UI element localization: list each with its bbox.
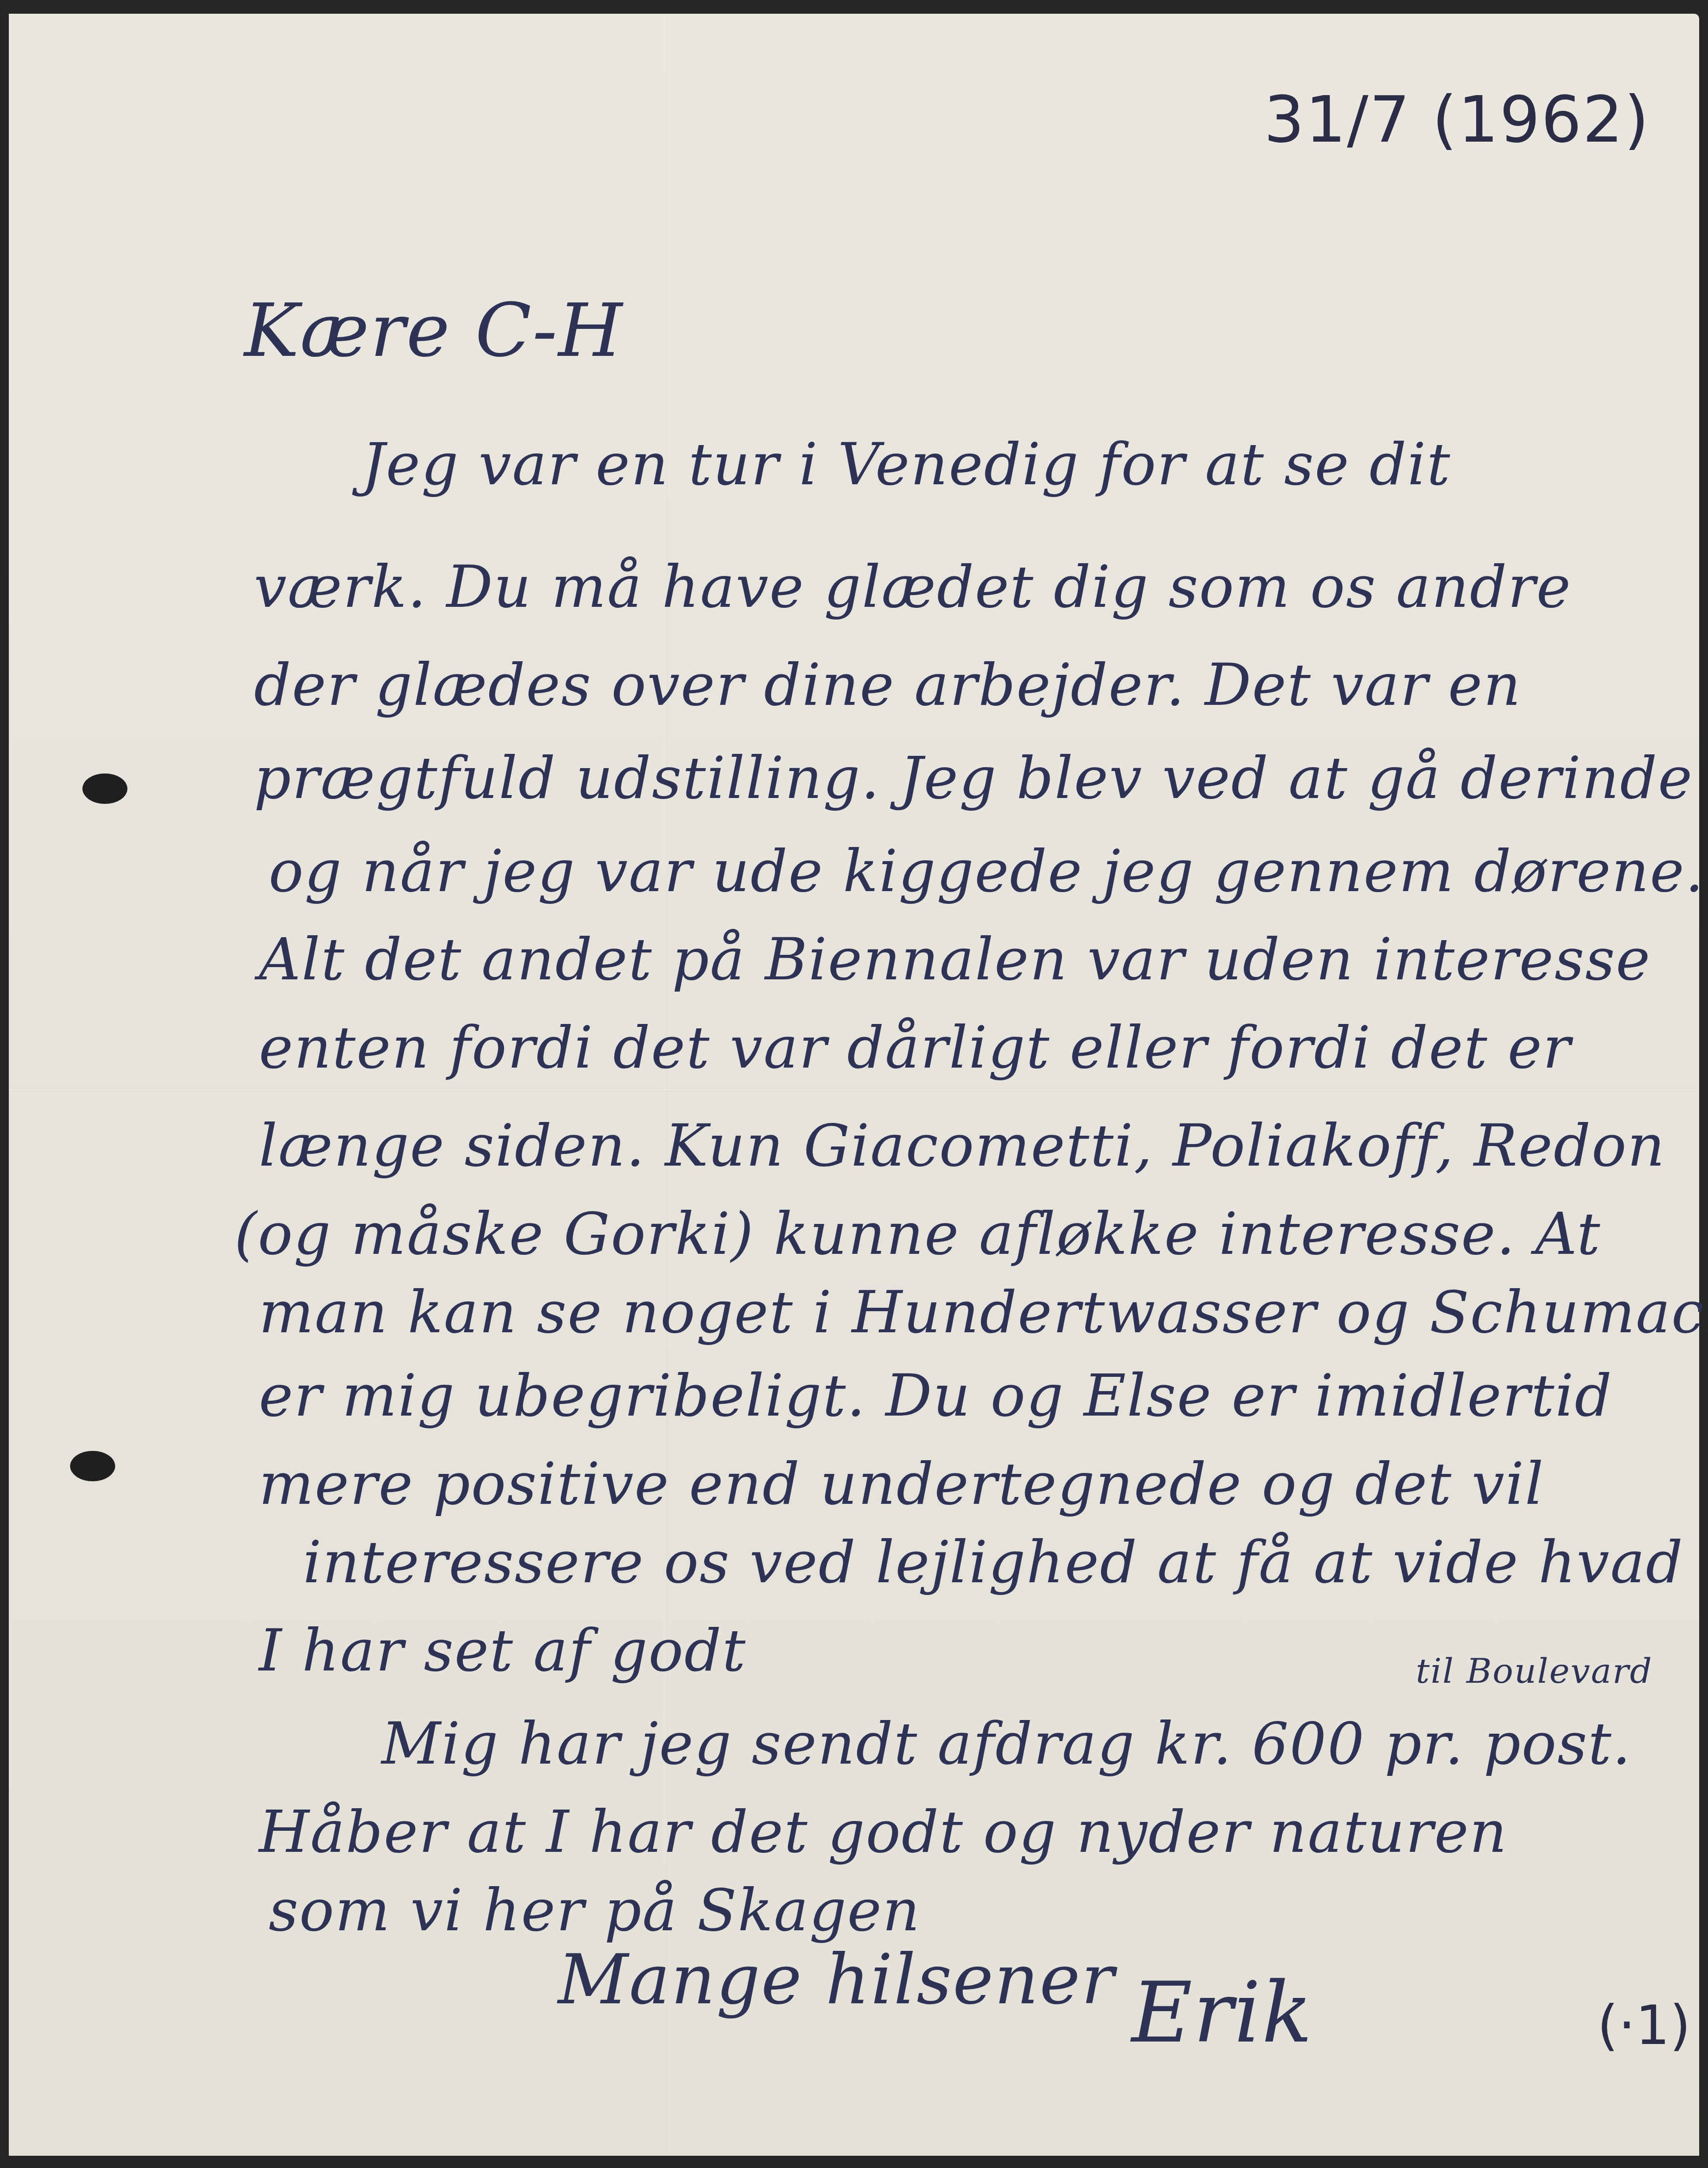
letter-line: interessere os ved lejlighed at få at vi… — [303, 1528, 1684, 1596]
letter-line: prægtfuld udstilling. Jeg blev ved at gå… — [254, 744, 1693, 812]
letter-line: Alt det andet på Biennalen var uden inte… — [259, 925, 1651, 993]
letter-line: Håber at I har det godt og nyder naturen — [259, 1798, 1508, 1866]
letter-date: 31/7 (1962) — [1264, 82, 1650, 157]
punch-hole-icon — [82, 773, 127, 804]
letter-line: I har set af godt — [259, 1617, 747, 1684]
punch-hole-icon — [70, 1451, 115, 1481]
letter-closing: Mange hilsener — [558, 1940, 1115, 2020]
letter-line: Mig har jeg sendt afdrag kr. 600 pr. pos… — [381, 1710, 1632, 1777]
letter-line: man kan se noget i Hundertwasser og Schu… — [259, 1278, 1708, 1346]
letter-line: der glædes over dine arbejder. Det var e… — [254, 651, 1522, 719]
scan-background: 31/7 (1962) Kære C-H Jeg var en tur i Ve… — [0, 0, 1708, 2168]
letter-line: enten fordi det var dårligt eller fordi … — [259, 1014, 1571, 1081]
letter-line: længe siden. Kun Giacometti, Poliakoff, … — [259, 1112, 1666, 1179]
letter-line: Jeg var en tur i Venedig for at se dit — [362, 430, 1451, 498]
letter-line: værk. Du må have glædet dig som os andre — [254, 553, 1572, 621]
letter-line: mere positive end undertegnede og det vi… — [259, 1450, 1544, 1518]
page-number-marker: (·1) — [1597, 1994, 1691, 2057]
letter-line: er mig ubegribeligt. Du og Else er imidl… — [259, 1362, 1613, 1429]
margin-note: til Boulevard — [1416, 1651, 1653, 1691]
letter-salutation: Kære C-H — [244, 288, 623, 374]
letter-line: (og måske Gorki) kunne afløkke interesse… — [234, 1200, 1601, 1268]
letter-paper: 31/7 (1962) Kære C-H Jeg var en tur i Ve… — [9, 14, 1699, 2156]
letter-line: og når jeg var ude kiggede jeg gennem dø… — [269, 837, 1705, 905]
horizontal-fold-line — [9, 1090, 1699, 1092]
letter-line: som vi her på Skagen — [269, 1876, 921, 1944]
letter-signature: Erik — [1131, 1965, 1313, 2062]
